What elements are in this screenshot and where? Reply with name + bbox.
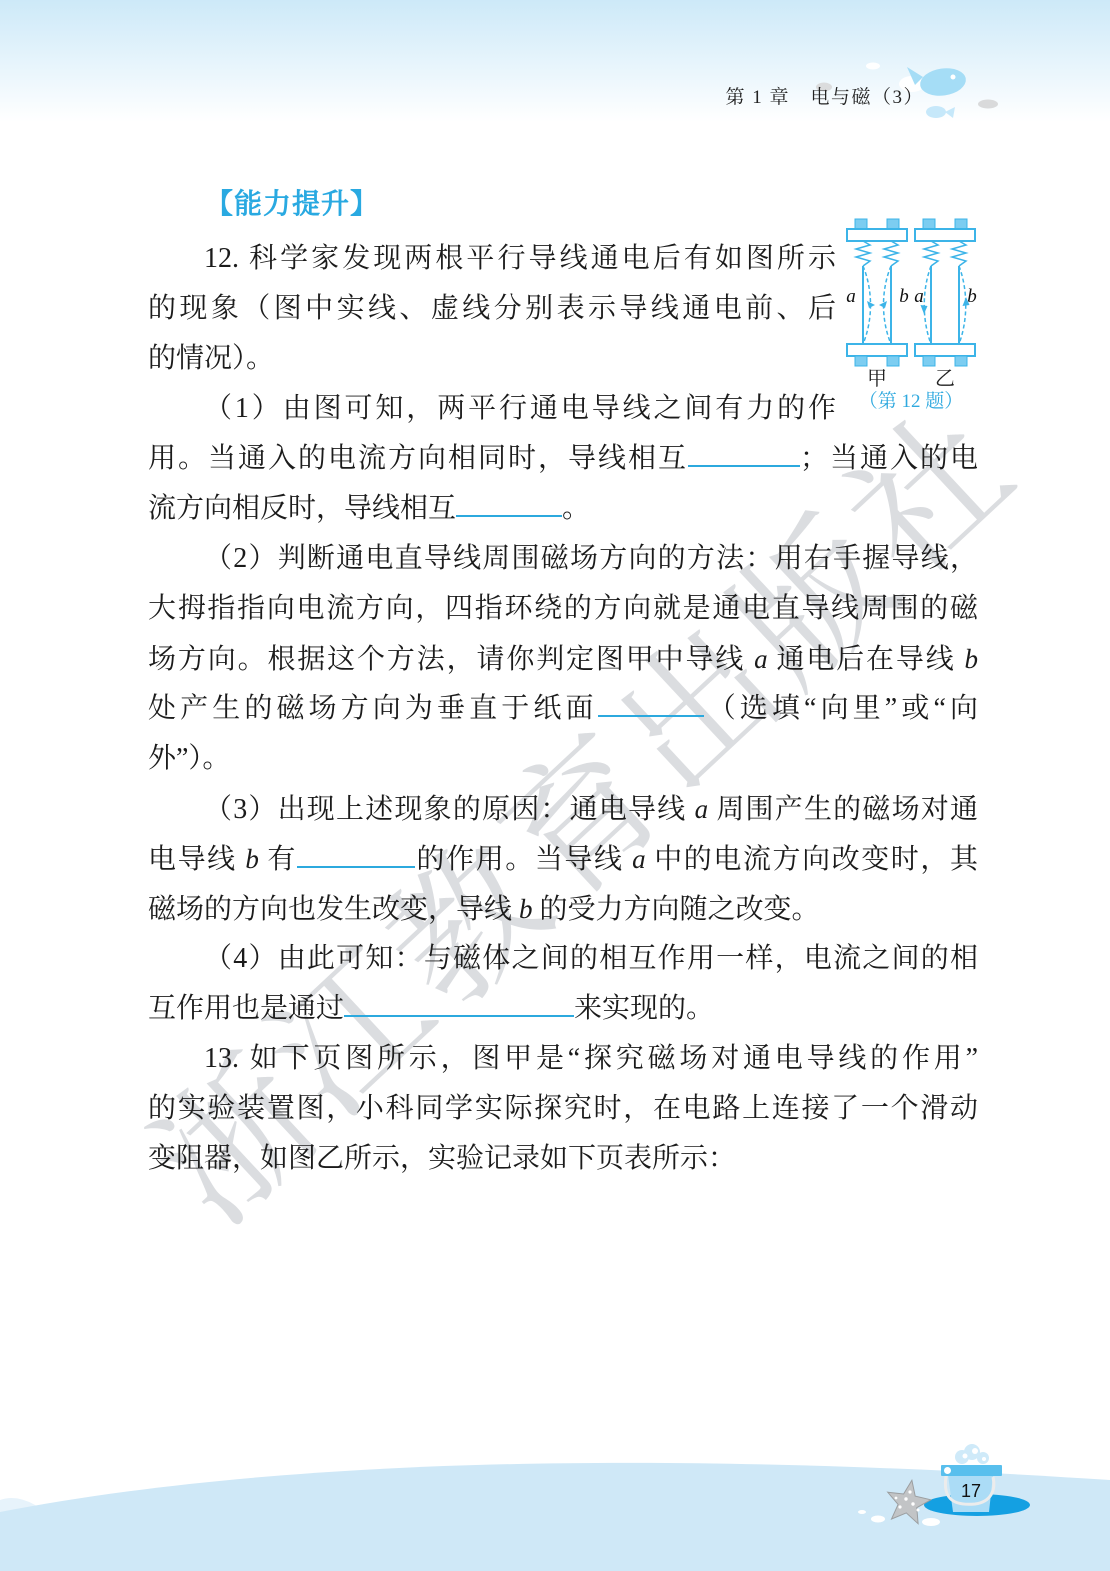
bubble-icon [978,100,998,109]
text-segment: 。 [562,493,590,524]
text-line: （1）由图可知，两平行通电导线之间有力的作 [148,384,836,434]
text-line: 大拇指指向电流方向，四指环绕的方向就是通电直导线周围的磁 [148,584,978,634]
italic-symbol: a [754,644,768,674]
pebble-icon [871,1516,885,1523]
text-segment: （选填“向里”或“向 [704,693,978,724]
text-segment: 周围产生的磁场对通 [708,794,978,825]
italic-symbol: b [245,844,259,874]
text-segment: （4）由此可知：与磁体之间的相互作用一样，电流之间的相 [204,943,978,974]
text-segment: 的实验装置图，小科同学实际探究时，在电路上连接了一个滑动 [148,1093,978,1124]
wire-label-a: a [914,286,924,307]
text-line: 的现象（图中实线、虚线分别表示导线通电前、后 [148,284,836,334]
question-12-figure: a b 甲 a [844,218,978,414]
text-segment: 磁场的方向也发生改变，导线 [148,894,519,925]
section-heading: 【能力提升】 [205,186,978,222]
paragraph: （2）判断通电直导线周围磁场方向的方法：用右手握导线，大拇指指向电流方向，四指环… [148,534,978,784]
paragraph: （4）由此可知：与磁体之间的相互作用一样，电流之间的相互作用也是通过来实现的。 [148,934,978,1034]
text-segment: （3）出现上述现象的原因：通电导线 [204,794,695,825]
text-segment: 的作用。当导线 [415,844,632,875]
text-segment: 互作用也是通过 [148,993,344,1024]
text-segment: 大拇指指向电流方向，四指环绕的方向就是通电直导线周围的磁 [148,593,978,624]
paragraph: 13. 如下页图所示，图甲是“探究磁场对通电导线的作用”的实验装置图，小科同学实… [148,1034,978,1184]
text-segment: 13. 如下页图所示，图甲是“探究磁场对通电导线的作用” [204,1043,978,1074]
text-line: 互作用也是通过来实现的。 [148,984,978,1034]
italic-symbol: b [519,894,533,924]
wire-label-a: a [846,286,856,307]
sand-wave [0,1463,1110,1571]
text-line: 的情况）。 [148,334,836,384]
text-line: （3）出现上述现象的原因：通电导线 a 周围产生的磁场对通 [148,784,978,834]
text-line: 处产生的磁场方向为垂直于纸面（选填“向里”或“向 [148,684,978,734]
device-label: 甲 [867,368,887,390]
answer-blank [456,491,562,517]
text-line: 13. 如下页图所示，图甲是“探究磁场对通电导线的作用” [148,1034,978,1084]
device-yi: a b 乙 [914,219,977,390]
page-content: 【能力提升】 a b [148,186,978,1184]
text-segment: ；当通入的电 [800,443,978,474]
paragraph: （3）出现上述现象的原因：通电导线 a 周围产生的磁场对通电导线 b 有的作用。… [148,784,978,934]
text-segment: 的现象（图中实线、虚线分别表示导线通电前、后 [148,293,836,324]
text-segment: 变阻器，如图乙所示，实验记录如下页表所示： [148,1143,736,1174]
text-segment: 的受力方向随之改变。 [533,894,820,925]
text-segment: 处产生的磁场方向为垂直于纸面 [148,693,598,724]
text-segment: 有 [259,844,297,875]
text-segment: 用。当通入的电流方向相同时，导线相互 [148,443,688,474]
text-line: 12. 科学家发现两根平行导线通电后有如图所示 [148,234,836,284]
text-line: （2）判断通电直导线周围磁场方向的方法：用右手握导线， [148,534,978,584]
text-segment: 中的电流方向改变时，其 [646,844,978,875]
italic-symbol: b [964,644,978,674]
small-fish-icon [926,106,955,118]
text-segment: （2）判断通电直导线周围磁场方向的方法：用右手握导线， [204,543,978,574]
device-jia: a b 甲 [846,219,909,390]
text-line: 磁场的方向也发生改变，导线 b 的受力方向随之改变。 [148,884,978,934]
footer-beach-decor: 17 [0,1400,1110,1571]
wire-label-b: b [967,286,977,307]
italic-symbol: a [632,844,646,874]
italic-symbol: a [695,794,709,824]
text-line: 的实验装置图，小科同学实际探究时，在电路上连接了一个滑动 [148,1084,978,1134]
text-segment: 来实现的。 [574,993,714,1024]
text-segment: 通电后在导线 [768,644,965,675]
text-segment: 场方向。根据这个方法，请你判定图甲中导线 [148,644,754,675]
text-segment: 外”）。 [148,743,230,774]
text-segment: 流方向相反时，导线相互 [148,493,456,524]
text-segment: 电导线 [148,844,245,875]
text-line: 变阻器，如图乙所示，实验记录如下页表所示： [148,1134,978,1184]
answer-blank [344,991,574,1017]
chapter-header: 第 1 章 电与磁（3） [725,82,924,109]
answer-blank [688,441,800,467]
device-label: 乙 [935,368,955,390]
parallel-wires-diagram: a b 甲 a [844,218,978,390]
page-number: 17 [961,1481,981,1501]
pebble-icon [922,1518,940,1526]
text-line: 用。当通入的电流方向相同时，导线相互；当通入的电 [148,434,978,484]
answer-blank [297,842,415,868]
wire-label-b: b [899,286,909,307]
text-segment: 的情况）。 [148,343,274,374]
bubble-icon [866,63,880,70]
figure-caption: （第 12 题） [844,390,978,414]
text-line: 场方向。根据这个方法，请你判定图甲中导线 a 通电后在导线 b [148,634,978,684]
answer-blank [598,691,704,717]
text-segment: 12. 科学家发现两根平行导线通电后有如图所示 [204,243,836,274]
textbook-page: 第 1 章 电与磁（3） 浙江教育出版社 【能力提升】 [0,0,1110,1571]
text-line: 电导线 b 有的作用。当导线 a 中的电流方向改变时，其 [148,834,978,884]
text-line: 外”）。 [148,734,978,784]
text-segment: （1）由图可知，两平行通电导线之间有力的作 [204,393,836,424]
text-line: （4）由此可知：与磁体之间的相互作用一样，电流之间的相 [148,934,978,984]
pebble-icon [858,1510,866,1514]
text-line: 流方向相反时，导线相互。 [148,484,978,534]
